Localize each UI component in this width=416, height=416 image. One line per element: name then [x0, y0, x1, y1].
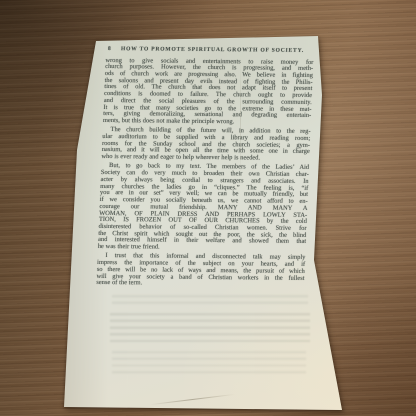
- paragraph: wrong to give socials and entertainments…: [103, 57, 314, 126]
- paper-crease: [240, 60, 241, 180]
- running-head: 8 HOW TO PROMOTE SPIRITUAL GROWTH OF SOC…: [106, 46, 314, 55]
- paragraph: I trust that this informal and disconnec…: [96, 253, 305, 289]
- paragraph: But, to go back to my text. The members …: [98, 163, 310, 252]
- page-shadow: 8 HOW TO PROMOTE SPIRITUAL GROWTH OF SOC…: [0, 0, 416, 416]
- document-page: 8 HOW TO PROMOTE SPIRITUAL GROWTH OF SOC…: [0, 0, 416, 416]
- photo-document-on-wood-table: 8 HOW TO PROMOTE SPIRITUAL GROWTH OF SOC…: [0, 0, 416, 416]
- showthrough-ghost-text: [110, 313, 310, 346]
- body-text: wrong to give socials and entertainments…: [96, 57, 313, 288]
- showthrough-ghost-text: [112, 351, 306, 377]
- running-title: HOW TO PROMOTE SPIRITUAL GROWTH OF SOCIE…: [111, 46, 314, 55]
- page-text-area: 8 HOW TO PROMOTE SPIRITUAL GROWTH OF SOC…: [96, 46, 314, 289]
- paper-crease: [150, 394, 234, 405]
- paragraph: The church building of the future will, …: [101, 127, 310, 163]
- showthrough-ghost-text: [112, 295, 308, 308]
